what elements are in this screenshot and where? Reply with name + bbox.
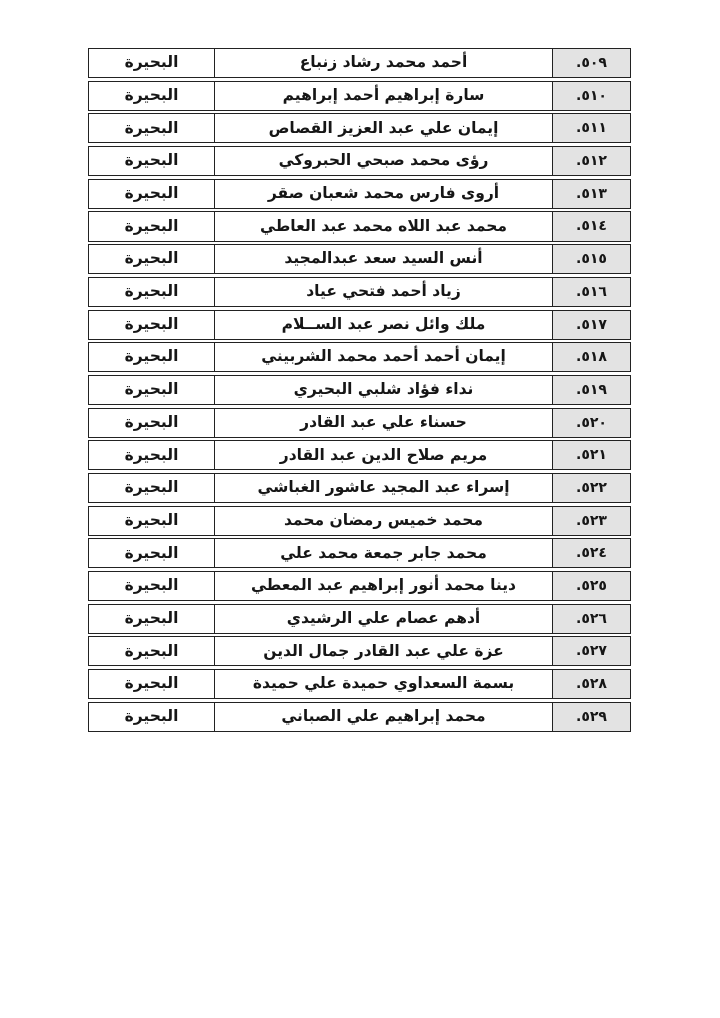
governorate-cell: البحيرة bbox=[89, 49, 214, 77]
name-cell: دينا محمد أنور إبراهيم عبد المعطي bbox=[214, 572, 552, 600]
serial-cell: ٥٢٣. bbox=[552, 507, 630, 535]
governorate-cell: البحيرة bbox=[89, 82, 214, 110]
table-row: ٥١١.إيمان علي عبد العزيز القصاصالبحيرة bbox=[88, 113, 631, 143]
serial-cell: ٥٢٨. bbox=[552, 670, 630, 698]
table-row: ٥٢٤.محمد جابر جمعة محمد عليالبحيرة bbox=[88, 538, 631, 568]
table-row: ٥٢٦.أدهم عصام علي الرشيديالبحيرة bbox=[88, 604, 631, 634]
table-row: ٥٢٣.محمد خميس رمضان محمدالبحيرة bbox=[88, 506, 631, 536]
serial-cell: ٥١٣. bbox=[552, 180, 630, 208]
serial-cell: ٥١٥. bbox=[552, 245, 630, 273]
name-cell: بسمة السعداوي حميدة علي حميدة bbox=[214, 670, 552, 698]
table-row: ٥١٩.نداء فؤاد شلبي البحيريالبحيرة bbox=[88, 375, 631, 405]
name-cell: ملك وائل نصر عبد الســلام bbox=[214, 311, 552, 339]
table-row: ٥٢٩.محمد إبراهيم علي الصبانيالبحيرة bbox=[88, 702, 631, 732]
table-row: ٥٢٨.بسمة السعداوي حميدة علي حميدةالبحيرة bbox=[88, 669, 631, 699]
serial-cell: ٥١٦. bbox=[552, 278, 630, 306]
serial-cell: ٥٢٠. bbox=[552, 409, 630, 437]
serial-cell: ٥٠٩. bbox=[552, 49, 630, 77]
serial-cell: ٥٢٥. bbox=[552, 572, 630, 600]
table-row: ٥١٣.أروى فارس محمد شعبان صقرالبحيرة bbox=[88, 179, 631, 209]
serial-cell: ٥١٩. bbox=[552, 376, 630, 404]
table-row: ٥٢٥.دينا محمد أنور إبراهيم عبد المعطيالب… bbox=[88, 571, 631, 601]
serial-cell: ٥٢٩. bbox=[552, 703, 630, 731]
serial-cell: ٥٢١. bbox=[552, 441, 630, 469]
name-cell: نداء فؤاد شلبي البحيري bbox=[214, 376, 552, 404]
table-row: ٥٠٩.أحمد محمد رشاد زنباعالبحيرة bbox=[88, 48, 631, 78]
serial-cell: ٥١٢. bbox=[552, 147, 630, 175]
name-cell: رؤى محمد صبحي الحبروكي bbox=[214, 147, 552, 175]
name-cell: سارة إبراهيم أحمد إبراهيم bbox=[214, 82, 552, 110]
serial-cell: ٥٢٢. bbox=[552, 474, 630, 502]
governorate-cell: البحيرة bbox=[89, 703, 214, 731]
governorate-cell: البحيرة bbox=[89, 147, 214, 175]
governorate-cell: البحيرة bbox=[89, 409, 214, 437]
governorate-cell: البحيرة bbox=[89, 572, 214, 600]
table-row: ٥٢٢.إسراء عبد المجيد عاشور الغباشيالبحير… bbox=[88, 473, 631, 503]
name-cell: محمد عبد اللاه محمد عبد العاطي bbox=[214, 212, 552, 240]
table-row: ٥٢٧.عزة علي عبد القادر جمال الدينالبحيرة bbox=[88, 636, 631, 666]
serial-cell: ٥٢٤. bbox=[552, 539, 630, 567]
table-row: ٥١٥.أنس السيد سعد عبدالمجيدالبحيرة bbox=[88, 244, 631, 274]
name-cell: أحمد محمد رشاد زنباع bbox=[214, 49, 552, 77]
governorate-cell: البحيرة bbox=[89, 539, 214, 567]
table-row: ٥١٦.زياد أحمد فتحي عيادالبحيرة bbox=[88, 277, 631, 307]
serial-cell: ٥١٤. bbox=[552, 212, 630, 240]
table-row: ٥٢٠.حسناء علي عبد القادرالبحيرة bbox=[88, 408, 631, 438]
governorate-cell: البحيرة bbox=[89, 114, 214, 142]
name-cell: أنس السيد سعد عبدالمجيد bbox=[214, 245, 552, 273]
name-cell: أدهم عصام علي الرشيدي bbox=[214, 605, 552, 633]
table-row: ٥١٨.إيمان أحمد أحمد محمد الشربينيالبحيرة bbox=[88, 342, 631, 372]
name-cell: عزة علي عبد القادر جمال الدين bbox=[214, 637, 552, 665]
governorate-cell: البحيرة bbox=[89, 507, 214, 535]
name-cell: حسناء علي عبد القادر bbox=[214, 409, 552, 437]
name-cell: مريم صلاح الدين عبد القادر bbox=[214, 441, 552, 469]
name-cell: أروى فارس محمد شعبان صقر bbox=[214, 180, 552, 208]
governorate-cell: البحيرة bbox=[89, 670, 214, 698]
serial-cell: ٥١٧. bbox=[552, 311, 630, 339]
governorate-cell: البحيرة bbox=[89, 278, 214, 306]
governorate-cell: البحيرة bbox=[89, 311, 214, 339]
name-cell: زياد أحمد فتحي عياد bbox=[214, 278, 552, 306]
governorate-cell: البحيرة bbox=[89, 180, 214, 208]
governorate-cell: البحيرة bbox=[89, 245, 214, 273]
governorate-cell: البحيرة bbox=[89, 441, 214, 469]
governorate-cell: البحيرة bbox=[89, 376, 214, 404]
table-row: ٥١٧.ملك وائل نصر عبد الســلامالبحيرة bbox=[88, 310, 631, 340]
name-cell: محمد جابر جمعة محمد علي bbox=[214, 539, 552, 567]
serial-cell: ٥٢٦. bbox=[552, 605, 630, 633]
serial-cell: ٥١١. bbox=[552, 114, 630, 142]
governorate-cell: البحيرة bbox=[89, 212, 214, 240]
name-cell: إسراء عبد المجيد عاشور الغباشي bbox=[214, 474, 552, 502]
governorate-cell: البحيرة bbox=[89, 474, 214, 502]
governorate-cell: البحيرة bbox=[89, 637, 214, 665]
name-cell: إيمان علي عبد العزيز القصاص bbox=[214, 114, 552, 142]
table-row: ٥١٤.محمد عبد اللاه محمد عبد العاطيالبحير… bbox=[88, 211, 631, 241]
document-page: ٥٠٩.أحمد محمد رشاد زنباعالبحيرة٥١٠.سارة … bbox=[0, 0, 720, 1018]
name-cell: محمد خميس رمضان محمد bbox=[214, 507, 552, 535]
name-cell: محمد إبراهيم علي الصباني bbox=[214, 703, 552, 731]
roster-table: ٥٠٩.أحمد محمد رشاد زنباعالبحيرة٥١٠.سارة … bbox=[88, 48, 631, 732]
governorate-cell: البحيرة bbox=[89, 605, 214, 633]
serial-cell: ٥١٨. bbox=[552, 343, 630, 371]
name-cell: إيمان أحمد أحمد محمد الشربيني bbox=[214, 343, 552, 371]
serial-cell: ٥١٠. bbox=[552, 82, 630, 110]
table-row: ٥١٠.سارة إبراهيم أحمد إبراهيمالبحيرة bbox=[88, 81, 631, 111]
table-row: ٥٢١.مريم صلاح الدين عبد القادرالبحيرة bbox=[88, 440, 631, 470]
governorate-cell: البحيرة bbox=[89, 343, 214, 371]
serial-cell: ٥٢٧. bbox=[552, 637, 630, 665]
table-row: ٥١٢.رؤى محمد صبحي الحبروكيالبحيرة bbox=[88, 146, 631, 176]
